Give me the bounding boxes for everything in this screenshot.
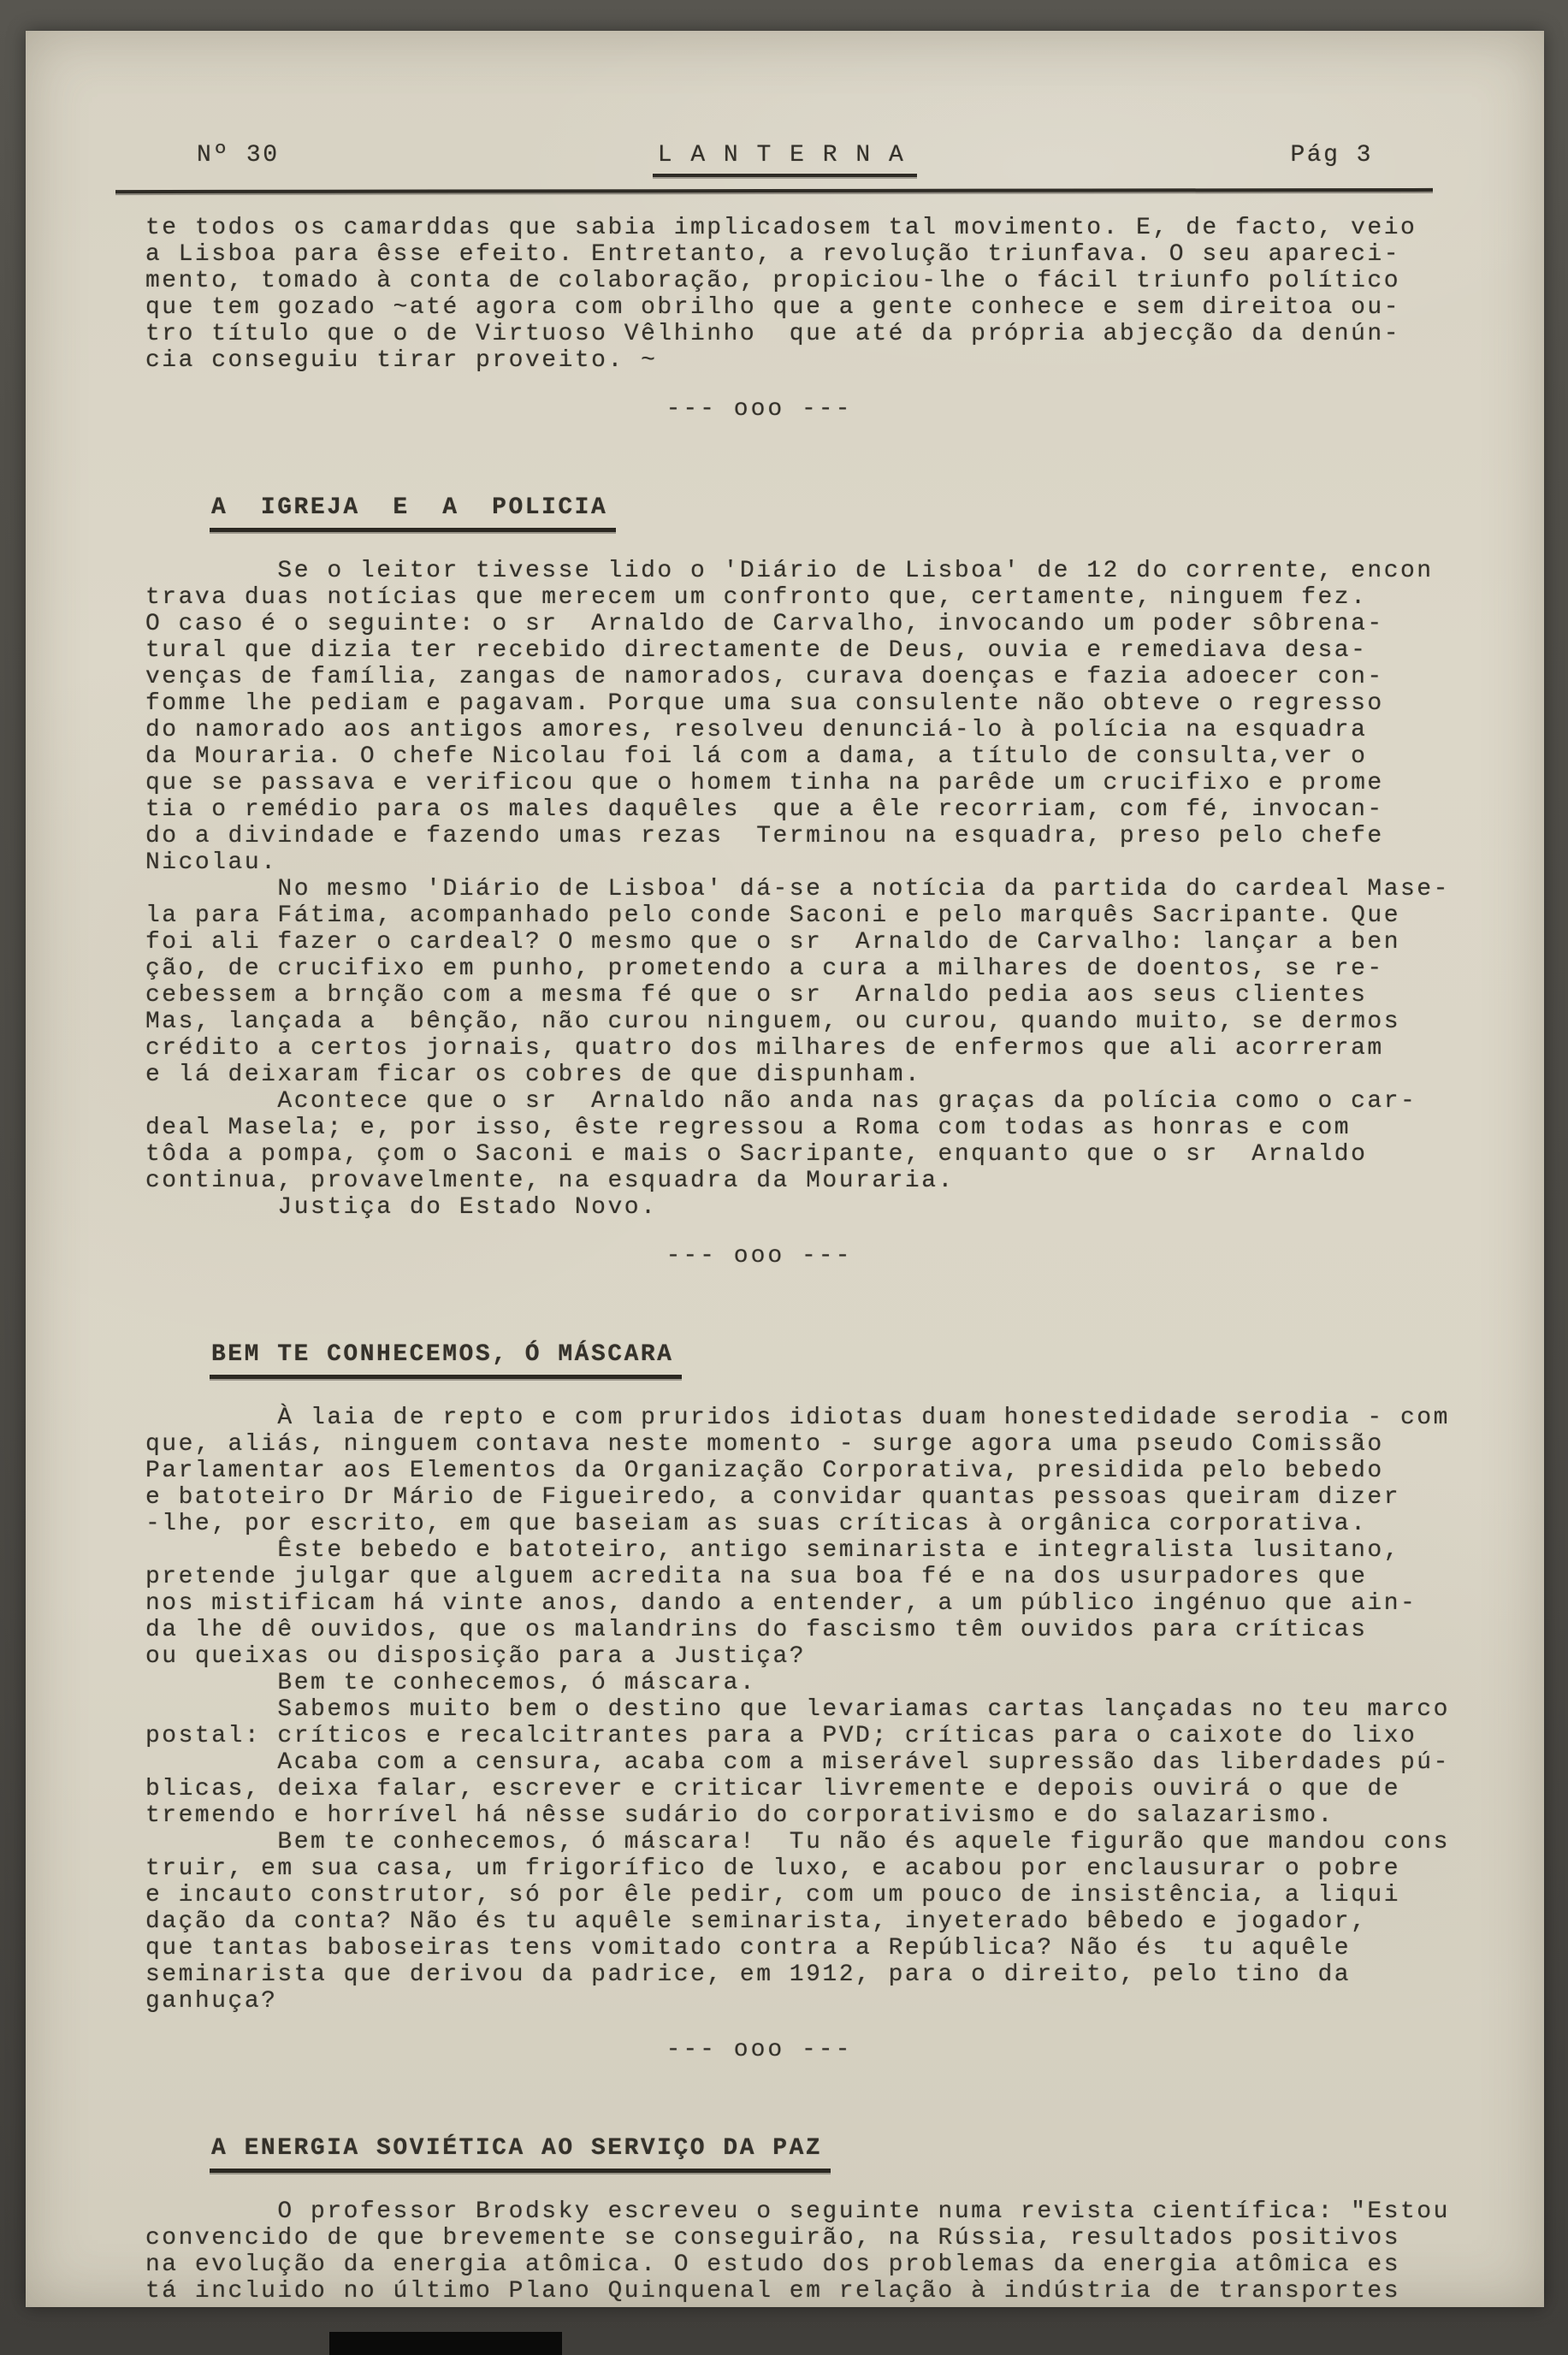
page-header: Nº 30 L A N T E R N A Pág 3 xyxy=(145,142,1501,177)
section-bem-te-conhecemos: BEM TE CONHECEMOS, Ó MÁSCARA À laia de r… xyxy=(145,1295,1501,2015)
paragraph: O professor Brodsky escreveu o seguinte … xyxy=(145,2198,1501,2305)
paragraph: Sabemos muito bem o destino que levariam… xyxy=(145,1696,1501,1749)
section-separator: --- ooo --- xyxy=(145,2037,1373,2063)
scanner-artifact xyxy=(329,2332,562,2355)
masthead-title: L A N T E R N A xyxy=(653,142,918,177)
newspaper-page: Nº 30 L A N T E R N A Pág 3 te todos os … xyxy=(26,31,1544,2307)
paragraph: Bem te conhecemos, ó máscara! Tu não és … xyxy=(145,1829,1501,2015)
intro-paragraph: te todos os camarddas que sabia implicad… xyxy=(145,215,1501,374)
paragraph: Bem te conhecemos, ó máscara. xyxy=(145,1670,1501,1696)
paragraph: À laia de repto e com pruridos idiotas d… xyxy=(145,1405,1501,1537)
scanned-document: Nº 30 L A N T E R N A Pág 3 te todos os … xyxy=(0,0,1568,2355)
section-title: A ENERGIA SOVIÉTICA AO SERVIÇO DA PAZ xyxy=(210,2135,831,2173)
section-energia-sovietica: A ENERGIA SOVIÉTICA AO SERVIÇO DA PAZ O … xyxy=(145,2089,1501,2305)
paragraph: Acontece que o sr Arnaldo não anda nas g… xyxy=(145,1088,1501,1221)
page-body: te todos os camarddas que sabia implicad… xyxy=(145,215,1501,2305)
section-igreja-e-policia: A IGREJA E A POLICIA Se o leitor tivesse… xyxy=(145,448,1501,1221)
paragraph: Êste bebedo e batoteiro, antigo seminari… xyxy=(145,1537,1501,1670)
section-separator: --- ooo --- xyxy=(145,396,1373,423)
issue-number: Nº 30 xyxy=(197,142,280,169)
paragraph: No mesmo 'Diário de Lisboa' dá-se a notí… xyxy=(145,876,1501,1088)
section-separator: --- ooo --- xyxy=(145,1243,1373,1269)
paragraph: Acaba com a censura, acaba com a miseráv… xyxy=(145,1749,1501,1829)
page-number: Pág 3 xyxy=(1290,142,1373,169)
header-rule xyxy=(115,188,1433,193)
paragraph: Se o leitor tivesse lido o 'Diário de Li… xyxy=(145,558,1501,876)
section-title: A IGREJA E A POLICIA xyxy=(210,494,616,532)
section-title: BEM TE CONHECEMOS, Ó MÁSCARA xyxy=(210,1341,682,1379)
